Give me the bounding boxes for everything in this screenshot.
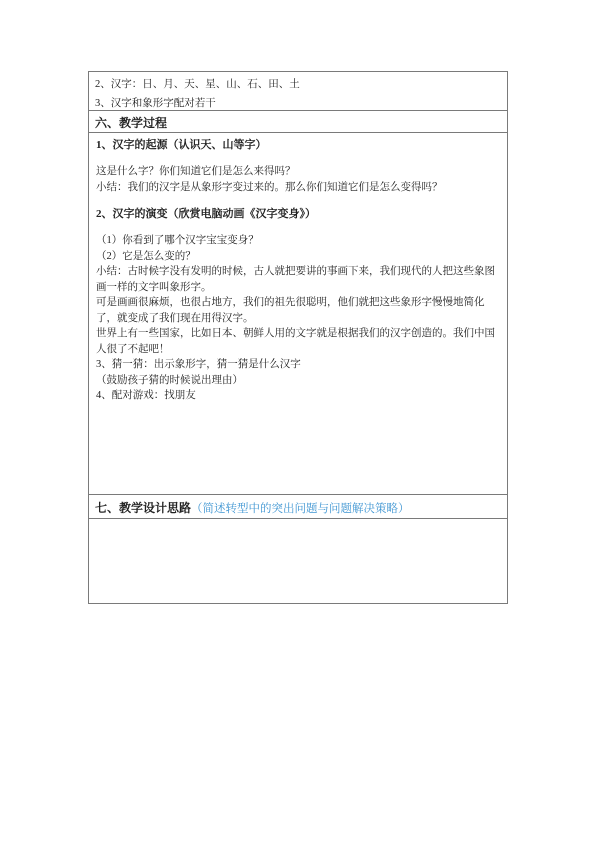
document-page: 2、汉字：日、月、天、星、山、石、田、土3、汉字和象形字配对若干 六、教学过程 …	[0, 0, 595, 842]
process-paragraph: 小结：我们的汉字是从象形字变过来的。那么你们知道它们是怎么变得吗？	[96, 180, 500, 196]
process-paragraph: 小结：古时候字没有发明的时候，古人就把要讲的事画下来，我们现代的人把这些象图画一…	[96, 264, 500, 295]
section-6-header-row: 六、教学过程	[89, 111, 507, 133]
process-paragraph: （1）你看到了哪个汉字宝宝变身？	[96, 233, 500, 249]
process-paragraph: （鼓励孩子猜的时候说出理由）	[96, 373, 500, 389]
section-7-title: 七、教学设计思路	[95, 501, 191, 515]
section-6-title: 六、教学过程	[95, 116, 167, 130]
process-paragraph: 3、猜一猜：出示象形字，猜一猜是什么汉字	[96, 357, 500, 373]
process-paragraph: 4、配对游戏：找朋友	[96, 388, 500, 404]
materials-cell: 2、汉字：日、月、天、星、山、石、田、土3、汉字和象形字配对若干	[89, 72, 507, 111]
materials-line: 3、汉字和象形字配对若干	[95, 94, 501, 111]
process-paragraph: 这是什么字？你们知道它们是怎么来得吗？	[96, 164, 500, 180]
process-step-heading: 2、汉字的演变（欣赏电脑动画《汉字变身》）	[96, 206, 500, 222]
process-paragraph: （2）它是怎么变的？	[96, 249, 500, 265]
materials-line: 2、汉字：日、月、天、星、山、石、田、土	[95, 75, 501, 94]
process-paragraph: 可是画画很麻烦，也很占地方，我们的祖先很聪明，他们就把这些象形字慢慢地简化了，就…	[96, 295, 500, 326]
section-7-subtitle: （简述转型中的突出问题与问题解决策略）	[191, 503, 410, 515]
process-step-heading: 1、汉字的起源（认识天、山等字）	[96, 137, 500, 153]
process-paragraph: 世界上有一些国家，比如日本、朝鲜人用的文字就是根据我们的汉字创造的。我们中国人很…	[96, 326, 500, 357]
lesson-plan-table: 2、汉字：日、月、天、星、山、石、田、土3、汉字和象形字配对若干 六、教学过程 …	[88, 71, 508, 604]
section-7-header-row: 七、教学设计思路（简述转型中的突出问题与问题解决策略）	[89, 495, 507, 519]
design-notes-empty-cell	[89, 519, 507, 603]
teaching-process-cell: 1、汉字的起源（认识天、山等字）这是什么字？你们知道它们是怎么来得吗？小结：我们…	[89, 133, 507, 495]
